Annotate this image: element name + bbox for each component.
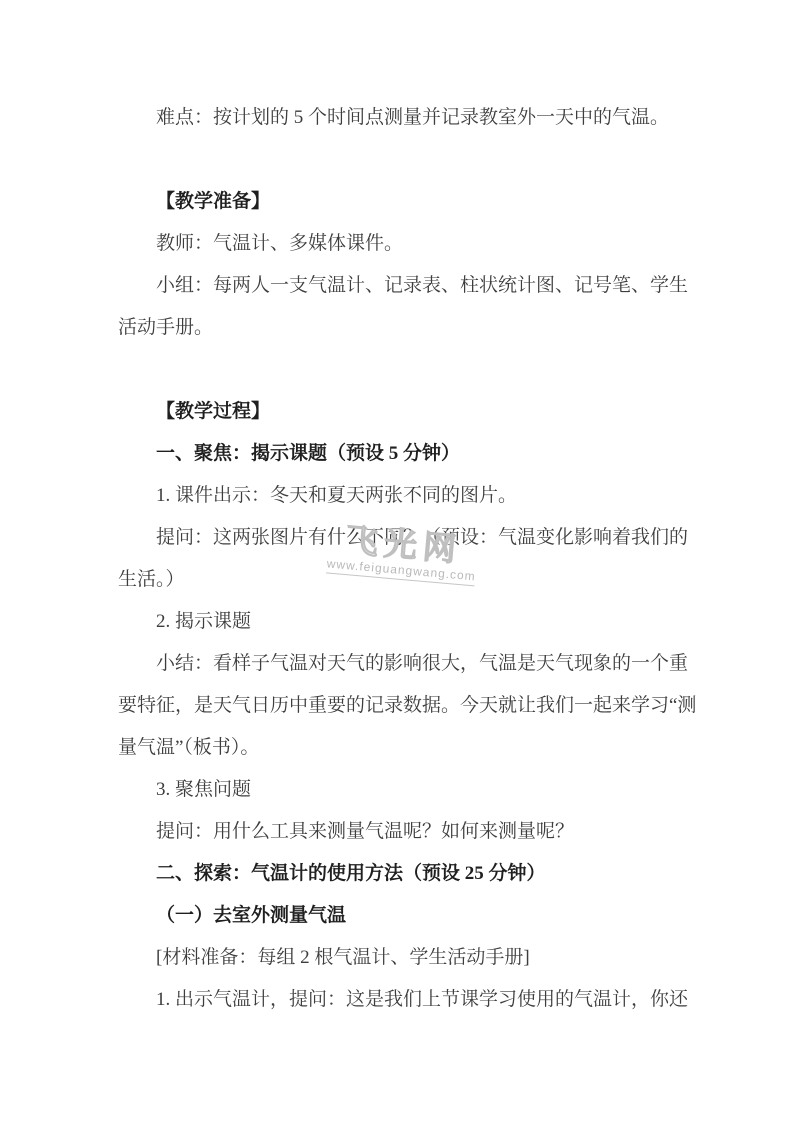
text-line: 生活。） — [118, 556, 678, 598]
heading-line: 二、探索：气温计的使用方法（预设 25 分钟） — [118, 850, 678, 892]
text-line: 1. 出示气温计，提问：这是我们上节课学习使用的气温计，你还 — [118, 976, 678, 1018]
text-line: 小组：每两人一支气温计、记录表、柱状统计图、记号笔、学生 — [118, 262, 678, 304]
paragraph-gap — [118, 136, 678, 178]
text-line: 1. 课件出示：冬天和夏天两张不同的图片。 — [118, 472, 678, 514]
text-line: 量气温”（板书）。 — [118, 724, 678, 766]
paragraph-gap — [118, 346, 678, 388]
text-line: 活动手册。 — [118, 304, 678, 346]
document-page: 难点：按计划的 5 个时间点测量并记录教室外一天中的气温。【教学准备】教师：气温… — [0, 0, 793, 1122]
heading-line: （一）去室外测量气温 — [118, 892, 678, 934]
text-line: 教师：气温计、多媒体课件。 — [118, 220, 678, 262]
document-content: 难点：按计划的 5 个时间点测量并记录教室外一天中的气温。【教学准备】教师：气温… — [118, 94, 678, 1018]
text-line: 小结：看样子气温对天气的影响很大，气温是天气现象的一个重 — [118, 640, 678, 682]
text-line: 提问：这两张图片有什么不同？（预设：气温变化影响着我们的 — [118, 514, 678, 556]
text-line: 2. 揭示课题 — [118, 598, 678, 640]
heading-line: 【教学准备】 — [118, 178, 678, 220]
text-line: 3. 聚焦问题 — [118, 766, 678, 808]
text-line: 难点：按计划的 5 个时间点测量并记录教室外一天中的气温。 — [118, 94, 678, 136]
heading-line: 一、聚焦：揭示课题（预设 5 分钟） — [118, 430, 678, 472]
text-line: 要特征，是天气日历中重要的记录数据。今天就让我们一起来学习“测 — [118, 682, 678, 724]
text-line: 提问：用什么工具来测量气温呢？如何来测量呢？ — [118, 808, 678, 850]
text-line: [材料准备：每组 2 根气温计、学生活动手册] — [118, 934, 678, 976]
heading-line: 【教学过程】 — [118, 388, 678, 430]
